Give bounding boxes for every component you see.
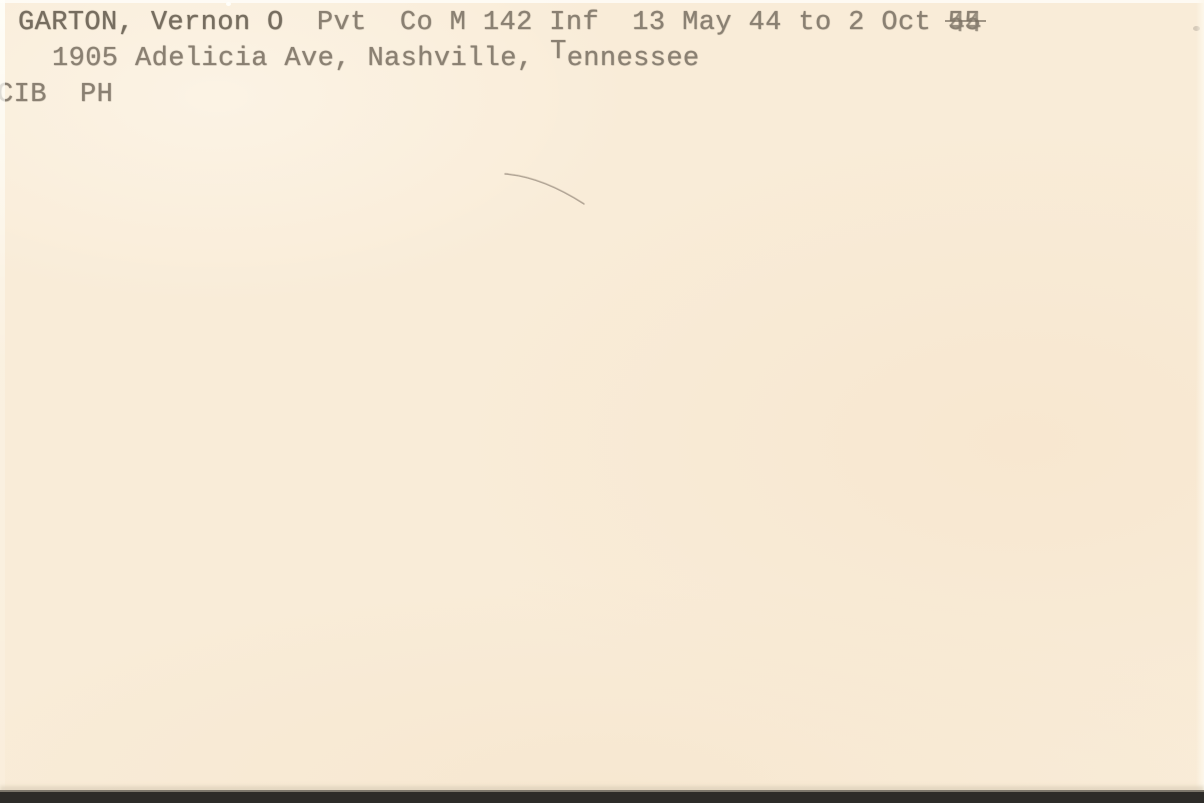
service-record-line: GARTON, Vernon O Pvt Co M 142 Inf 13 May… bbox=[18, 8, 981, 38]
raised-letter: T bbox=[550, 37, 567, 67]
overstruck-year: 4455 bbox=[948, 8, 981, 38]
scanned-card: GARTON, Vernon O Pvt Co M 142 Inf 13 May… bbox=[0, 0, 1204, 803]
hair-fiber bbox=[0, 0, 1204, 803]
state-text: ennessee bbox=[567, 44, 700, 74]
service-details: Pvt Co M 142 Inf 13 May 44 to 2 Oct bbox=[284, 8, 948, 38]
paper-edge-left bbox=[0, 0, 5, 791]
scanner-edge-bottom bbox=[0, 790, 1204, 803]
address-line: 1905 Adelicia Ave, Nashville, Tennessee bbox=[52, 44, 700, 74]
veteran-name: GARTON, Vernon O bbox=[18, 8, 284, 38]
paper-edge-top bbox=[0, 0, 1204, 3]
awards-line: CIB PH bbox=[0, 80, 113, 110]
paper-edge-right bbox=[1196, 0, 1204, 791]
overstruck-year-over: 55 bbox=[948, 8, 981, 38]
address-text: 1905 Adelicia Ave, Nashville, bbox=[52, 44, 550, 74]
strike-mark bbox=[945, 20, 986, 22]
